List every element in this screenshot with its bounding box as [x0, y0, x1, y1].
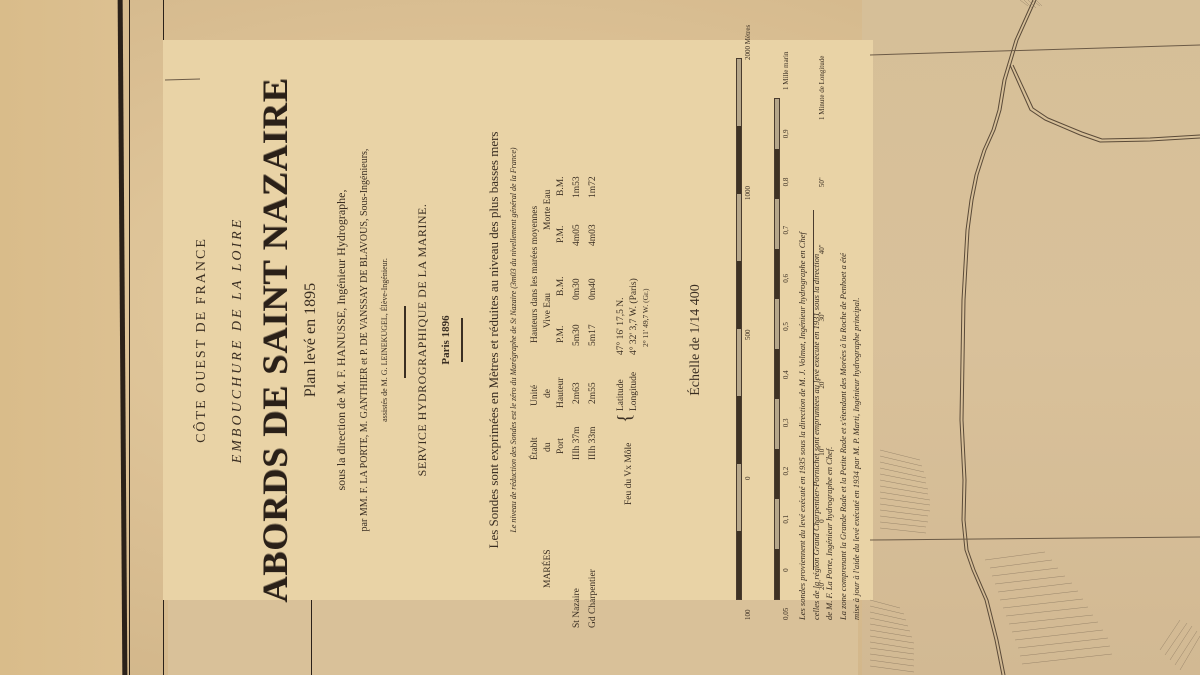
header-establishment: Port	[556, 438, 566, 454]
header-bm: B.M.	[556, 276, 566, 296]
scale-tick-label: 0,3	[782, 419, 790, 428]
scale-tick-label: 1000	[744, 186, 752, 200]
header-vive-eau: Vive Eau	[543, 293, 553, 328]
header-unit: Hauteur	[556, 377, 566, 408]
header-pm: P.M.	[556, 226, 566, 243]
tide-vive-pm: 5m30	[572, 324, 582, 346]
note-line: mise à jour à l'aide du levé exécuté en …	[850, 60, 864, 620]
scale-tick-label: 0	[782, 568, 790, 572]
scale-tick-label: 0,4	[782, 370, 790, 379]
tide-morte-bm: 1m72	[588, 176, 598, 198]
longitude-greenwich: 2° 11' 49,7 W. (Gr.)	[641, 289, 650, 347]
scale-tick-label: 2000 Mètres	[744, 25, 752, 60]
separator-rule	[461, 318, 463, 362]
note-line: Les sondes proviennent du levé exécuté e…	[796, 60, 810, 620]
note-line: La zone comprenant la Grande Rade et la …	[837, 60, 851, 620]
header-morte-eau: Morte Eau	[543, 190, 553, 230]
scale-tick-label: 1 Mille marin	[782, 52, 790, 91]
header-establishment: du	[543, 443, 553, 453]
separator-rule	[404, 306, 406, 378]
header-unit: Unité	[530, 385, 540, 406]
tide-vive-bm: 0m40	[588, 278, 598, 300]
scale-tick-label: 0,9	[782, 129, 790, 138]
latitude-label: Latitude	[616, 379, 626, 411]
note-line: celles de la région Grand Charpentier-Po…	[810, 60, 824, 620]
header-pm: P.M.	[556, 326, 566, 343]
scale-label: Échelle de 1/14 400	[688, 40, 704, 640]
scale-tick-label: 0,8	[782, 178, 790, 187]
title-block: CÔTE OUEST DE FRANCE EMBOUCHURE DE LA LO…	[168, 40, 868, 640]
scale-tick-label: 0,5	[782, 322, 790, 331]
service-label: SERVICE HYDROGRAPHIQUE DE LA MARINE.	[415, 40, 430, 640]
tide-morte-pm: 4m03	[588, 224, 598, 246]
place-date: Paris 1896	[440, 40, 452, 640]
tide-vive-bm: 0m30	[572, 278, 582, 300]
tide-establishment: IIIh 37m	[572, 426, 582, 460]
survey-notes: Les sondes proviennent du levé exécuté e…	[796, 60, 864, 620]
direction-credit: sous la direction de M. F. HANUSSE, Ingé…	[334, 40, 349, 640]
header-bm: B.M.	[556, 176, 566, 196]
grid-line	[870, 45, 1200, 55]
header-heights: Hauteurs dans les marées moyennes	[530, 206, 540, 343]
header-establishment: Établt	[530, 437, 540, 460]
road-branch	[1013, 65, 1200, 139]
scale-tick-label: 0	[744, 477, 752, 481]
scale-tick-label: 0,6	[782, 274, 790, 283]
tides-title: MARÉES	[543, 549, 553, 588]
road-line	[960, 0, 1033, 675]
soundings-note: Les Sondes sont exprimées en Mètres et r…	[486, 40, 502, 640]
header-unit: de	[543, 389, 553, 398]
longitude-label: Longitude	[629, 372, 639, 411]
surveyors-credit: par MM. F. LA PORTE, M. GANTHIER et P. D…	[359, 40, 370, 640]
note-line: de M. F. La Porte, Ingénieur hydrographe…	[823, 60, 837, 620]
scale-tick-label: 0,05	[782, 608, 790, 620]
assistants-credit: assistés de M. G. LEINEKUGEL, Élève-Ingé…	[380, 40, 389, 640]
scale-tick-label: 0,7	[782, 226, 790, 235]
tide-vive-pm: 5m17	[588, 324, 598, 346]
datum-note: Le niveau de réduction des Sondes est le…	[509, 40, 518, 640]
chart-title: ABORDS DE SAINT NAZAIRE	[254, 40, 296, 640]
tide-unit: 2m55	[588, 382, 598, 404]
tide-morte-bm: 1m53	[572, 176, 582, 198]
latitude-value: 47° 16' 17,5 N.	[616, 298, 626, 356]
tide-unit: 2m63	[572, 382, 582, 404]
scale-tick-label: 100	[744, 610, 752, 621]
scale-tick-label: 0,1	[782, 515, 790, 524]
grid-line	[870, 537, 1200, 540]
region-label: CÔTE OUEST DE FRANCE	[194, 40, 210, 640]
scale-tick-label: 0,2	[782, 467, 790, 476]
longitude-paris: 4° 32' 3,7 W. (Paris)	[629, 278, 639, 355]
road-branch	[1010, 65, 1200, 142]
metres-scale-bar	[736, 58, 742, 600]
tide-place: Gd Charpentier	[588, 569, 598, 628]
light-label: Feu du Vx Môle	[624, 443, 634, 505]
subtitle-label: EMBOUCHURE DE LA LOIRE	[230, 40, 246, 640]
mile-scale-bar	[774, 98, 780, 600]
survey-date: Plan levé en 1895	[302, 40, 320, 640]
tide-establishment: IIIh 33m	[588, 426, 598, 460]
tide-place: St Nazaire	[572, 588, 582, 628]
tide-morte-pm: 4m05	[572, 224, 582, 246]
scale-tick-label: 500	[744, 330, 752, 341]
